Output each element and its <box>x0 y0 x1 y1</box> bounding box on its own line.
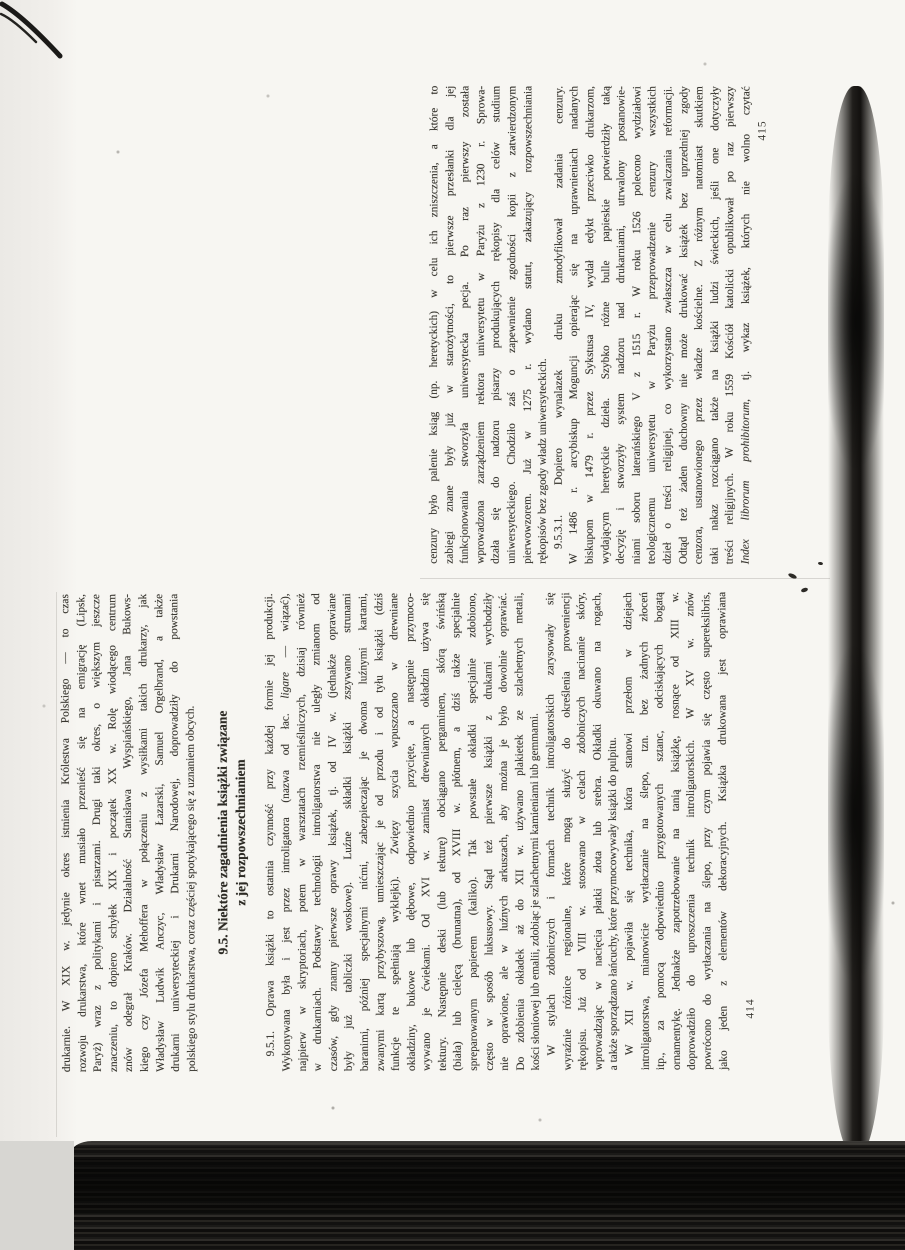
text-line: w drukarniach. Podstawy technologii intr… <box>309 593 326 1071</box>
text-line: 9.5.3.1. Dopiero wynalazek druku zmodyfi… <box>551 86 567 564</box>
text-line: drukarnie. W XIX w. jedynie okres istnie… <box>58 594 75 1072</box>
text-line: decyzję i stworzyły system nadzoru nad d… <box>614 86 630 564</box>
text-line: W XII w. pojawiła się technika, która st… <box>621 592 638 1070</box>
text-line: wywano je ćwiekami. Od XVI w. zamiast dr… <box>418 593 435 1071</box>
text-line: kiego czy Józefa Mehoffera w połączeniu … <box>136 594 153 1072</box>
text-line: Index librorum prohibitorum, tj. wykaz k… <box>738 86 754 564</box>
page-number-414: 414 <box>744 989 759 1029</box>
text-line: jako jeden z elementów dekoracyjnych. Ks… <box>715 592 732 1070</box>
text-line: kości słoniowej lub emalii, zdobiąc je s… <box>528 592 545 1070</box>
text-line: były już tabliczki woskowe). Luźne skład… <box>340 593 357 1071</box>
text-line: okładziny, bukowe lub dębowe, odpowiedni… <box>403 593 420 1071</box>
text-line: ornamentykę. Jednakże zapotrzebowanie na… <box>668 592 685 1070</box>
text-line: cenzora, ustanowionego przez władze kośc… <box>692 86 708 564</box>
left-page-text-block: drukarnie. W XIX w. jedynie okres istnie… <box>58 592 738 1072</box>
text-line: pierwowzorem. Już w 1275 r. wydano statu… <box>520 86 536 564</box>
section-heading-line: z jej rozpowszechnianiem <box>232 594 252 1072</box>
text-line: 9.5.1. Oprawa książki to ostatnia czynno… <box>263 593 280 1071</box>
text-line: rękopisów bez zgody władz uniwersyteckic… <box>536 86 552 564</box>
text-line: dzieł o treści religijnej, co wykorzysta… <box>660 86 676 564</box>
text-line: wyraźnie różnice regionalne, które mogą … <box>559 592 576 1070</box>
text-line: Wykonywana była i jest przez introligato… <box>278 593 295 1071</box>
bottom-left-gray-area <box>0 1141 74 1250</box>
text-line: znów odegrał Kraków. Działalność Stanisł… <box>121 594 138 1072</box>
text-line: Władysław Ludwik Anczyc, Władysław Łazar… <box>152 594 169 1072</box>
text-line: tektury. Następnie deski (lub tekturę) o… <box>434 593 451 1071</box>
text-line: wprowadzając w nacięcia płatki złota lub… <box>590 592 607 1070</box>
text-line: taki nakaz rozciągano także na książki l… <box>707 86 723 564</box>
text-line: (biała) lub cielęcą (brunatna), od XVIII… <box>450 593 467 1071</box>
text-line: rękopisu. Już od VIII w. stosowano w cel… <box>574 592 591 1070</box>
text-line: często w sposób luksusowy. Stąd też pier… <box>481 593 498 1071</box>
text-line: dzała się do nadzoru pisarzy produkujący… <box>489 86 505 564</box>
text-line: niami soboru laterańskiego V z 1515 r. W… <box>629 86 645 564</box>
page-edge-band-bottom <box>70 1141 905 1250</box>
gutter-smudge <box>818 562 823 566</box>
text-line: treści religijnych. W roku 1559 Kościół … <box>723 86 739 564</box>
sheet-seam-vertical <box>56 592 57 1137</box>
text-line: funkcjonowania stworzyła uniwersytecka p… <box>458 86 474 564</box>
text-line: teologicznemu uniwersytetu w Paryżu prze… <box>645 86 661 564</box>
text-line: polskiego stylu drukarstwa, coraz części… <box>183 594 200 1072</box>
text-line: Odtąd też żaden duchowny nie może drukow… <box>676 86 692 564</box>
text-line: czasów, gdy znamy pierwsze oprawy książe… <box>325 593 342 1071</box>
pen-mark <box>0 0 80 76</box>
text-line: znaczeniu, to dopiero schyłek XIX i pocz… <box>105 594 122 1072</box>
text-line: drukarni uniwersyteckiej i Drukarni Naro… <box>167 594 184 1072</box>
text-line: uniwersyteckiego. Chodziło zaś o zapewni… <box>505 86 521 564</box>
page-edge-band-core <box>70 1159 905 1214</box>
text-line: W stylach zdobniczych i formach technik … <box>543 592 560 1070</box>
text-line: spreparowanym papierem (kaliko). Tak pow… <box>465 593 482 1071</box>
text-line: zwanymi kartą przybyszową, umieszczając … <box>372 593 389 1071</box>
text-line: W 1486 r. arcybiskup Moguncji opierając … <box>567 86 583 564</box>
text-line: baranimi, później specjalnymi nićmi, zab… <box>356 593 373 1071</box>
text-line: a także sporządzano łańcuchy, które przy… <box>606 592 623 1070</box>
text-line: powrócono do wytłaczania na ślepo, przy … <box>699 592 716 1070</box>
text-line: funkcje te spełniają wyklejki). Zwięzy s… <box>387 593 404 1071</box>
section-heading-line: 9.5. Niektóre zagadnienia książki związa… <box>214 594 234 1072</box>
page-number-415: 415 <box>756 111 771 151</box>
text-line: cenzury było palenie ksiąg (np. heretyck… <box>427 86 443 564</box>
text-line: wydającym heretyckie dzieła. Szybko różn… <box>598 86 614 564</box>
text-line: Paryż) wraz z politykami i pisarzami. Dr… <box>89 594 106 1072</box>
text-line: Do zdobienia okładek aż do XII w. używan… <box>512 593 529 1071</box>
gutter-smudge <box>801 587 809 593</box>
text-line: biskupom w 1479 r. przez Sykstusa IV, wy… <box>583 86 599 564</box>
scanned-book-spread: cenzury było palenie ksiąg (np. heretyck… <box>0 0 905 1250</box>
sheet-seam-horizontal <box>420 578 830 579</box>
text-line: najpierw w skryptoriach, potem w warszta… <box>294 593 311 1071</box>
text-line: introligatorstwa, mianowicie wytłaczanie… <box>637 592 654 1070</box>
page-edge-shadow-right <box>828 86 884 1156</box>
text-line: wprowadzona zarządzeniem rektora uniwers… <box>473 86 489 564</box>
text-line: zabiegi znane były już w starożytności, … <box>442 86 458 564</box>
right-page-text-block: cenzury było palenie ksiąg (np. heretyck… <box>427 86 760 565</box>
text-line: doprowadziło do uproszczenia technik int… <box>684 592 701 1070</box>
text-line: rozwoju drukarstwa, które wnet musiało p… <box>74 594 91 1072</box>
text-line: itp., za pomocą odpowiednio przygotowany… <box>652 592 669 1070</box>
text-line: nie oprawione, ale w luźnych arkuszach, … <box>496 593 513 1071</box>
